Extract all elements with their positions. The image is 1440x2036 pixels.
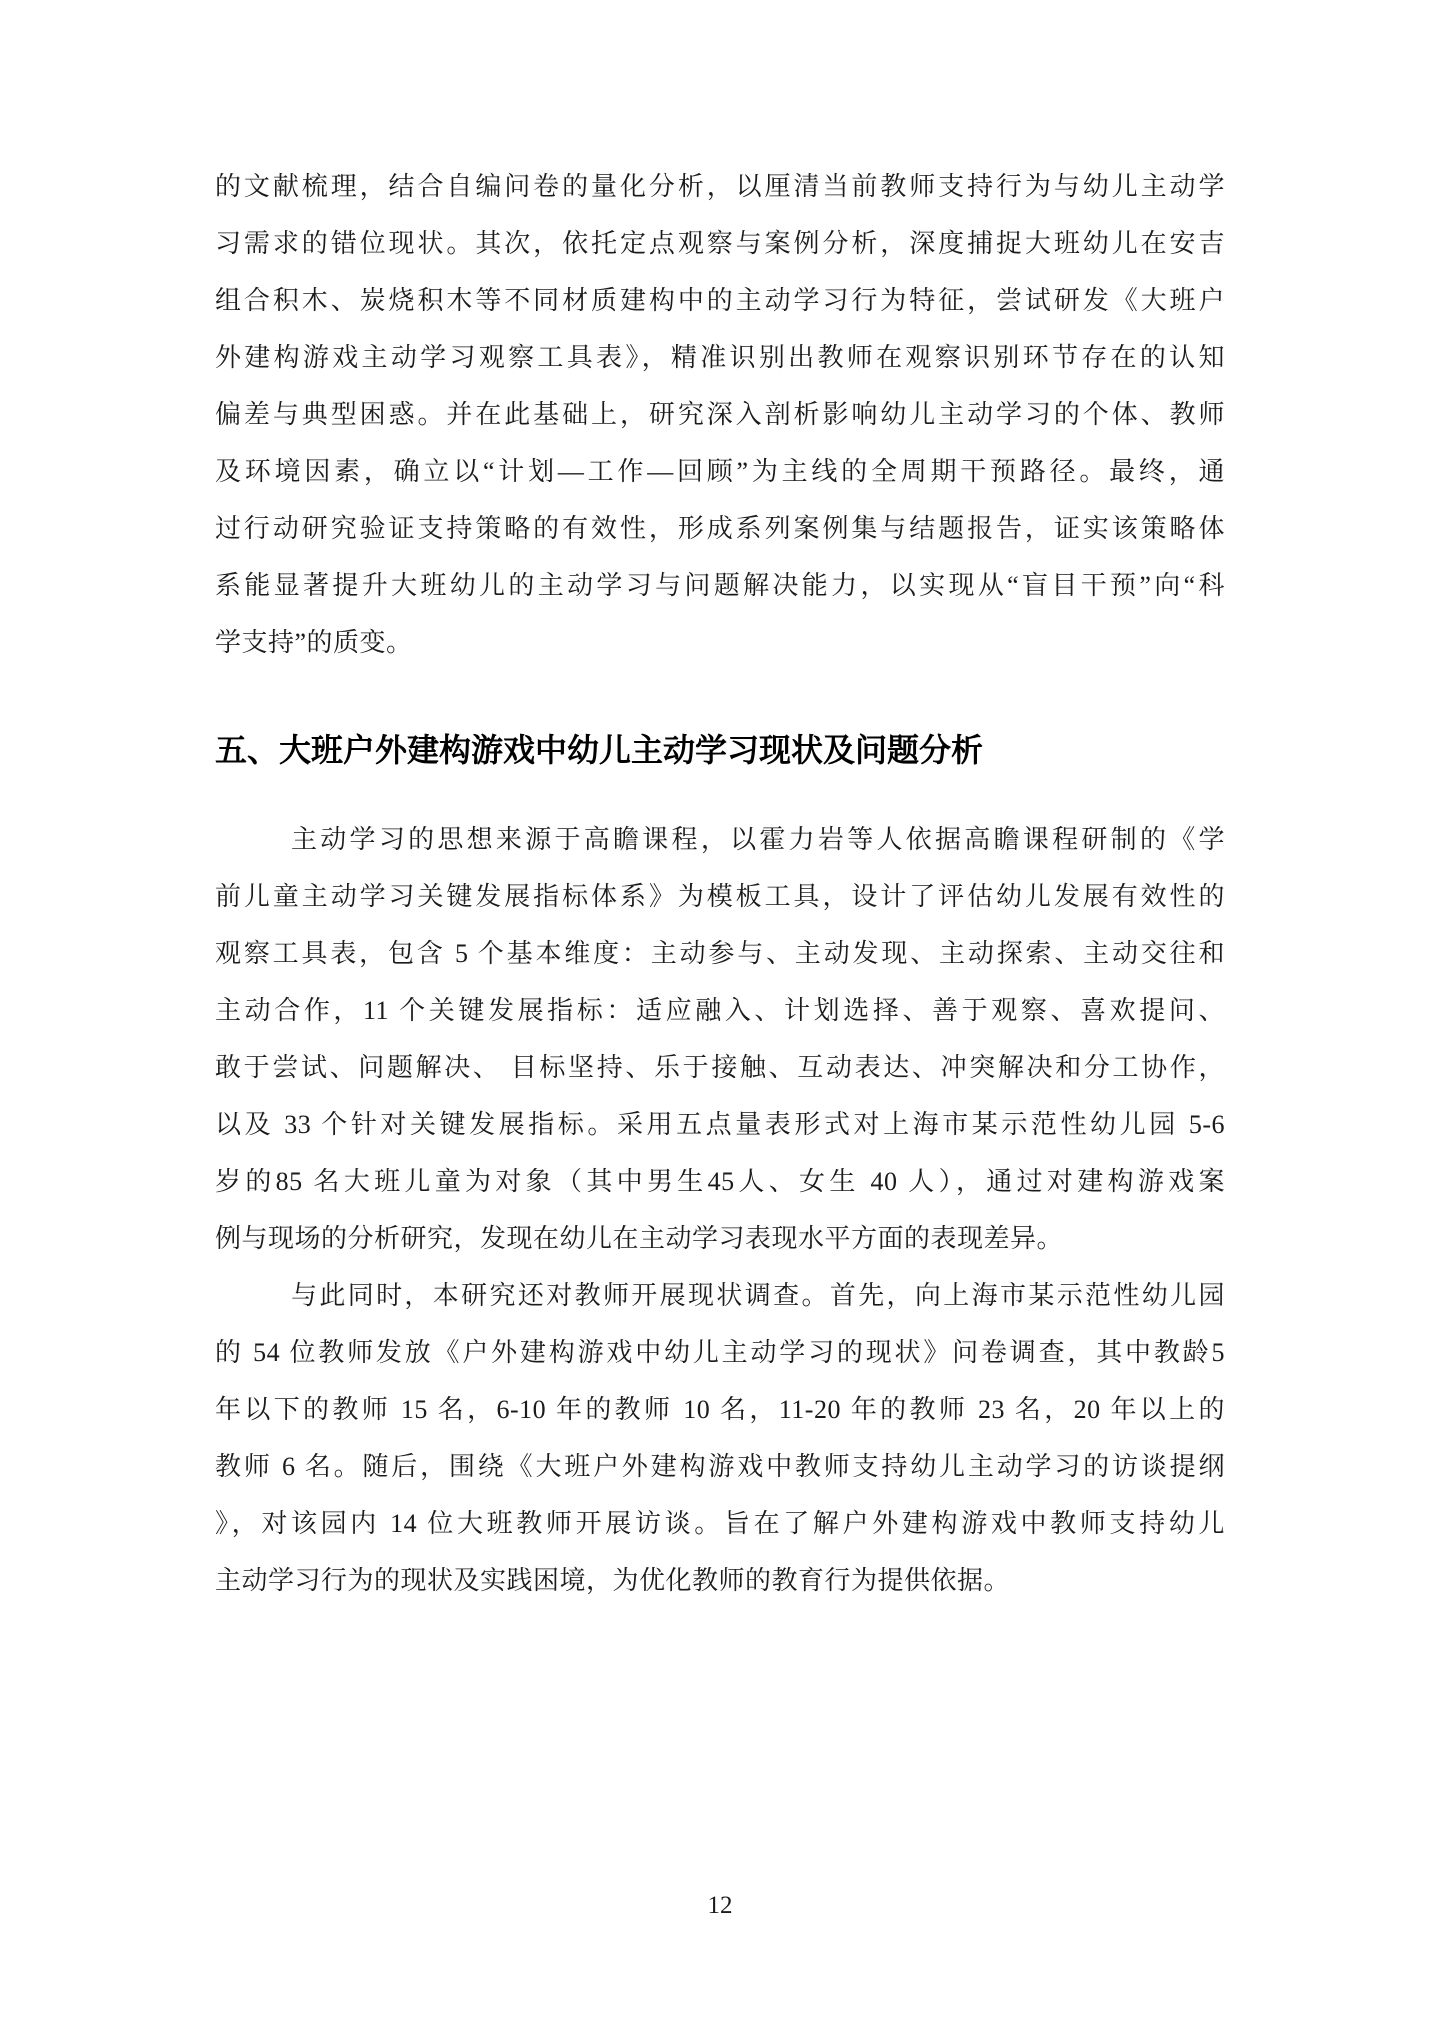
text-line: 偏差与典型困惑。并在此基础上，研究深入剖析影响幼儿主动学习的个体、教师 — [215, 386, 1225, 443]
text-line: 的 54 位教师发放《户外建构游戏中幼儿主动学习的现状》问卷调查，其中教龄5 — [215, 1324, 1225, 1381]
paragraph-3: 与此同时，本研究还对教师开展现状调查。首先，向上海市某示范性幼儿园 的 54 位… — [215, 1267, 1225, 1609]
document-page: 的文献梳理，结合自编问卷的量化分析，以厘清当前教师支持行为与幼儿主动学 习需求的… — [0, 0, 1440, 2036]
text-line: 以及 33 个针对关键发展指标。采用五点量表形式对上海市某示范性幼儿园 5-6 — [215, 1096, 1225, 1153]
text-line: 》，对该园内 14 位大班教师开展访谈。旨在了解户外建构游戏中教师支持幼儿 — [215, 1495, 1225, 1552]
section-heading: 五、大班户外建构游戏中幼儿主动学习现状及问题分析 — [215, 727, 1225, 773]
text-line: 主动学习的思想来源于高瞻课程，以霍力岩等人依据高瞻课程研制的《学 — [215, 811, 1225, 868]
text-line: 外建构游戏主动学习观察工具表》，精准识别出教师在观察识别环节存在的认知 — [215, 329, 1225, 386]
paragraph-2: 主动学习的思想来源于高瞻课程，以霍力岩等人依据高瞻课程研制的《学 前儿童主动学习… — [215, 811, 1225, 1267]
text-line: 敢于尝试、问题解决、 目标坚持、乐于接触、互动表达、冲突解决和分工协作， — [215, 1039, 1225, 1096]
text-line: 年以下的教师 15 名，6-10 年的教师 10 名，11-20 年的教师 23… — [215, 1381, 1225, 1438]
page-number: 12 — [0, 1892, 1440, 1920]
text-line: 主动学习行为的现状及实践困境，为优化教师的教育行为提供依据。 — [215, 1552, 1225, 1609]
text-line: 前儿童主动学习关键发展指标体系》为模板工具，设计了评估幼儿发展有效性的 — [215, 868, 1225, 925]
text-line: 习需求的错位现状。其次，依托定点观察与案例分析，深度捕捉大班幼儿在安吉 — [215, 215, 1225, 272]
text-line: 岁的85 名大班儿童为对象（其中男生45人、女生 40 人），通过对建构游戏案 — [215, 1153, 1225, 1210]
paragraph-1: 的文献梳理，结合自编问卷的量化分析，以厘清当前教师支持行为与幼儿主动学 习需求的… — [215, 158, 1225, 671]
text-line: 观察工具表，包含 5 个基本维度：主动参与、主动发现、主动探索、主动交往和 — [215, 925, 1225, 982]
text-line: 教师 6 名。随后，围绕《大班户外建构游戏中教师支持幼儿主动学习的访谈提纲 — [215, 1438, 1225, 1495]
text-line: 系能显著提升大班幼儿的主动学习与问题解决能力，以实现从“盲目干预”向“科 — [215, 557, 1225, 614]
text-line: 及环境因素，确立以“计划—工作—回顾”为主线的全周期干预路径。最终，通 — [215, 443, 1225, 500]
page-content: 的文献梳理，结合自编问卷的量化分析，以厘清当前教师支持行为与幼儿主动学 习需求的… — [215, 158, 1225, 1609]
text-line: 的文献梳理，结合自编问卷的量化分析，以厘清当前教师支持行为与幼儿主动学 — [215, 158, 1225, 215]
text-line: 组合积木、炭烧积木等不同材质建构中的主动学习行为特征，尝试研发《大班户 — [215, 272, 1225, 329]
text-line: 与此同时，本研究还对教师开展现状调查。首先，向上海市某示范性幼儿园 — [215, 1267, 1225, 1324]
text-line: 学支持”的质变。 — [215, 614, 1225, 671]
text-line: 主动合作，11 个关键发展指标：适应融入、计划选择、善于观察、喜欢提问、 — [215, 982, 1225, 1039]
text-line: 过行动研究验证支持策略的有效性，形成系列案例集与结题报告，证实该策略体 — [215, 500, 1225, 557]
text-line: 例与现场的分析研究，发现在幼儿在主动学习表现水平方面的表现差异。 — [215, 1210, 1225, 1267]
